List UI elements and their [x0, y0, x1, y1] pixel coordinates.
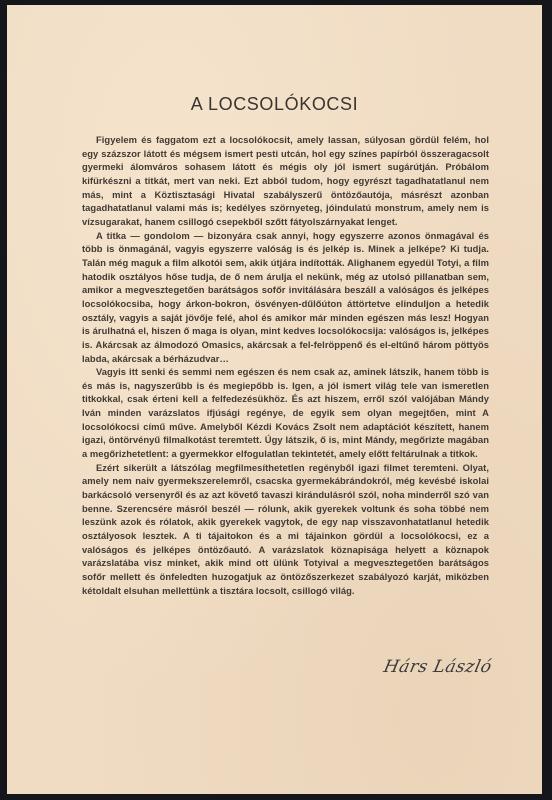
page-title: A LOCSOLÓKOCSI: [7, 94, 542, 115]
handwritten-signature: Hárs László: [382, 657, 494, 677]
paragraph: A titka — gondolom — bizonyára csak anny…: [82, 229, 489, 366]
article-body: Figyelem és faggatom ezt a locsolókocsit…: [82, 133, 489, 597]
document-page: A LOCSOLÓKOCSI Figyelem és faggatom ezt …: [7, 5, 542, 794]
paragraph: Ezért sikerült a látszólag megfilmesíthe…: [82, 461, 489, 598]
paragraph: Figyelem és faggatom ezt a locsolókocsit…: [82, 133, 489, 229]
paragraph: Vagyis itt senki és semmi nem egészen és…: [82, 365, 489, 461]
